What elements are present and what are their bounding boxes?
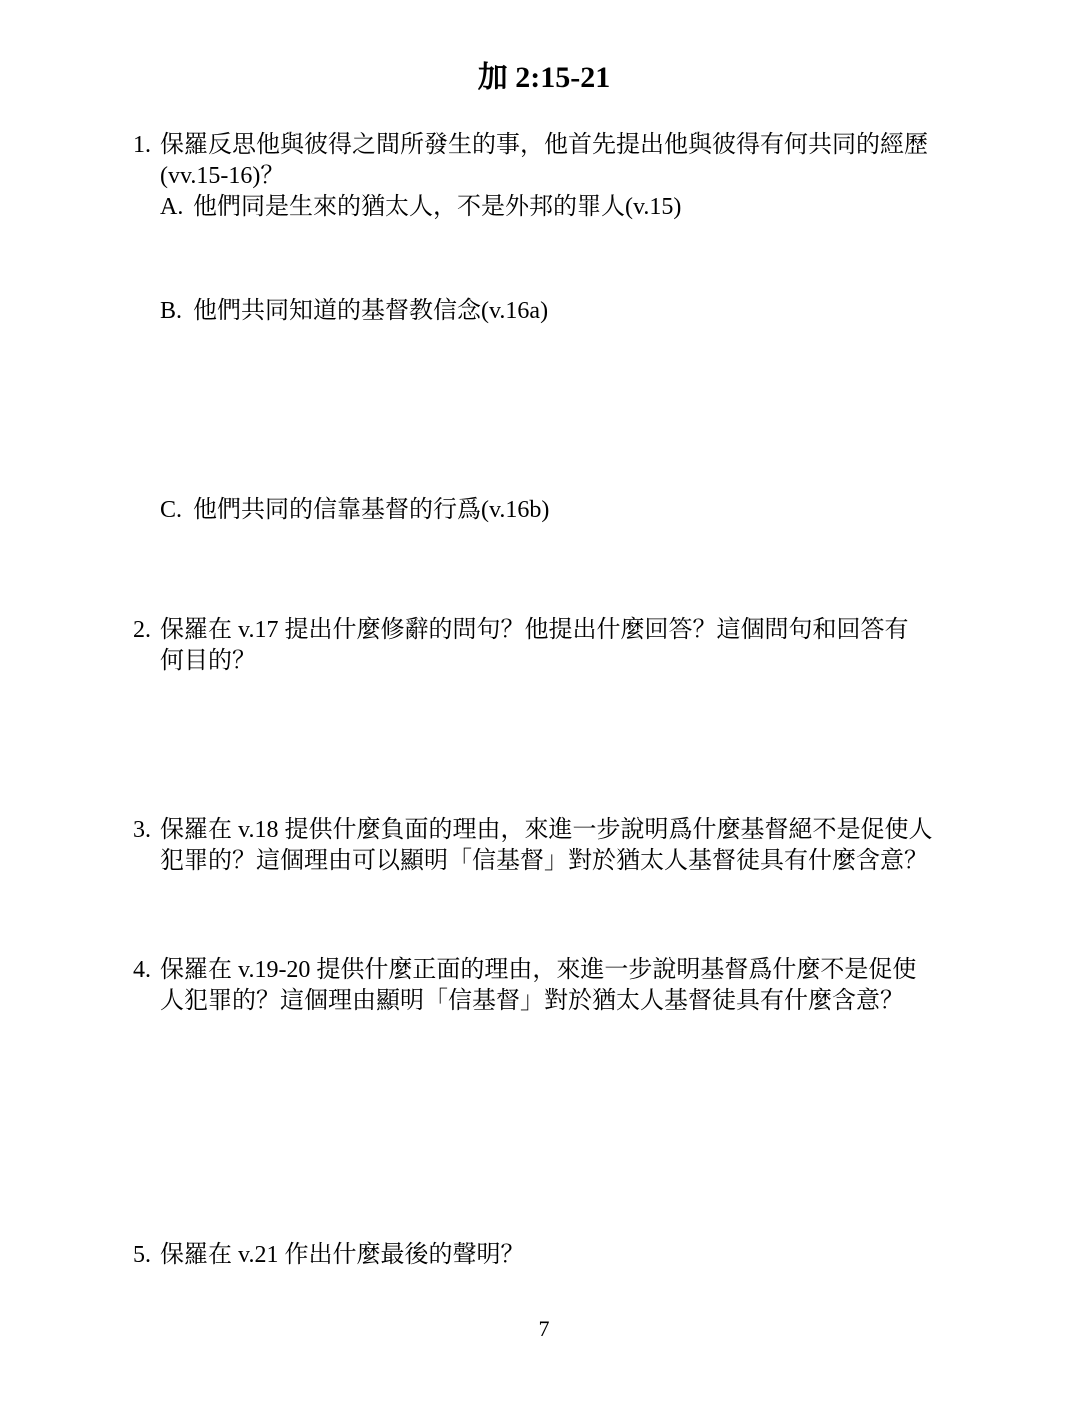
sub-item-c: C. 他們共同的信靠基督的行爲(v.16b): [160, 495, 978, 526]
question-3: 3. 保羅在 v.18 提供什麼負面的理由，來進一步說明爲什麼基督絕不是促使人 …: [133, 815, 978, 877]
page-title: 加 2:15-21: [0, 60, 1088, 96]
question-2: 2. 保羅在 v.17 提出什麼修辭的問句？他提出什麼回答？這個問句和回答有 何…: [133, 615, 978, 677]
question-1-number: 1.: [133, 130, 160, 223]
question-1-line-1: 保羅反思他與彼得之間所發生的事，他首先提出他與彼得有何共同的經歷: [160, 130, 978, 161]
sub-item-b-label: B.: [160, 296, 193, 327]
question-5-number: 5.: [133, 1240, 160, 1271]
page-number: 7: [0, 1316, 1088, 1342]
question-3-text: 保羅在 v.18 提供什麼負面的理由，來進一步說明爲什麼基督絕不是促使人 犯罪的…: [160, 815, 978, 877]
document-page: 加 2:15-21 1. 保羅反思他與彼得之間所發生的事，他首先提出他與彼得有何…: [0, 0, 1088, 1408]
question-1-line-2: (vv.15-16)？: [160, 161, 978, 192]
question-2-line-1: 保羅在 v.17 提出什麼修辭的問句？他提出什麼回答？這個問句和回答有: [160, 615, 978, 646]
question-4-line-2: 人犯罪的？這個理由顯明「信基督」對於猶太人基督徒具有什麼含意？: [160, 986, 978, 1017]
sub-item-b-text: 他們共同知道的基督教信念(v.16a): [193, 296, 548, 327]
sub-item-a-text: 他們同是生來的猶太人，不是外邦的罪人(v.15): [193, 192, 681, 223]
question-5-line-1: 保羅在 v.21 作出什麼最後的聲明？: [160, 1240, 978, 1271]
question-2-number: 2.: [133, 615, 160, 677]
question-4-number: 4.: [133, 955, 160, 1017]
question-1-text: 保羅反思他與彼得之間所發生的事，他首先提出他與彼得有何共同的經歷 (vv.15-…: [160, 130, 978, 223]
question-2-line-2: 何目的？: [160, 646, 978, 677]
sub-item-c-text: 他們共同的信靠基督的行爲(v.16b): [193, 495, 549, 526]
question-3-number: 3.: [133, 815, 160, 877]
question-5: 5. 保羅在 v.21 作出什麼最後的聲明？: [133, 1240, 978, 1271]
question-1: 1. 保羅反思他與彼得之間所發生的事，他首先提出他與彼得有何共同的經歷 (vv.…: [133, 130, 978, 223]
question-4: 4. 保羅在 v.19-20 提供什麼正面的理由，來進一步說明基督爲什麼不是促使…: [133, 955, 978, 1017]
question-3-line-2: 犯罪的？這個理由可以顯明「信基督」對於猶太人基督徒具有什麼含意？: [160, 846, 978, 877]
sub-item-c-label: C.: [160, 495, 193, 526]
question-4-line-1: 保羅在 v.19-20 提供什麼正面的理由，來進一步說明基督爲什麼不是促使: [160, 955, 978, 986]
question-3-line-1: 保羅在 v.18 提供什麼負面的理由，來進一步說明爲什麼基督絕不是促使人: [160, 815, 978, 846]
sub-item-a-label: A.: [160, 192, 193, 223]
sub-item-b: B. 他們共同知道的基督教信念(v.16a): [160, 296, 978, 327]
sub-item-a: A. 他們同是生來的猶太人，不是外邦的罪人(v.15): [160, 192, 978, 223]
question-2-text: 保羅在 v.17 提出什麼修辭的問句？他提出什麼回答？這個問句和回答有 何目的？: [160, 615, 978, 677]
question-5-text: 保羅在 v.21 作出什麼最後的聲明？: [160, 1240, 978, 1271]
question-4-text: 保羅在 v.19-20 提供什麼正面的理由，來進一步說明基督爲什麼不是促使 人犯…: [160, 955, 978, 1017]
